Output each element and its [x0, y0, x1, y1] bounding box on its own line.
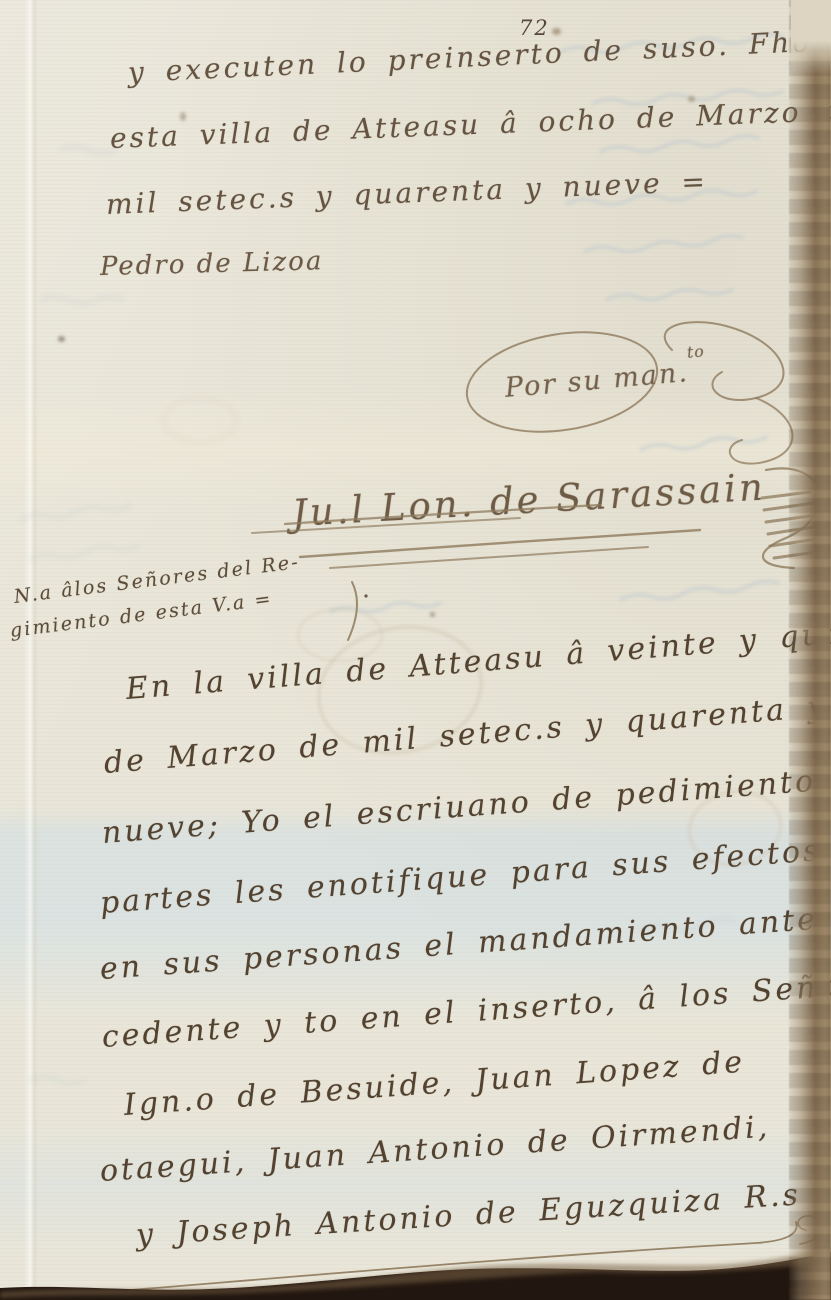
diligence-line: Ign.o de Besuide, Juan Lopez de — [123, 1045, 746, 1123]
signature-underline — [300, 530, 700, 557]
diligence-line: y Joseph Antonio de Eguzquiza R.s — [135, 1177, 802, 1253]
signature-rubric-hatch — [762, 492, 824, 558]
closing-line: y executen lo preinserto de suso. Fho en — [127, 22, 831, 89]
diligence-line: de Marzo de mil setec.s y quarenta y — [103, 689, 829, 781]
left-crease — [24, 0, 38, 1300]
margin-note-bracket — [348, 582, 357, 640]
diligence-line: nueve; Yo el escriuano de pedimiento de — [101, 759, 831, 851]
scribe-signature: Pedro de Lizoa — [100, 246, 324, 282]
diligence-line: en sus personas el mandamiento ante- — [99, 901, 831, 987]
margin-note-dot — [364, 594, 367, 597]
signature-underline — [330, 547, 648, 568]
closing-line: mil setec.s y quarenta y nueve = — [105, 165, 708, 221]
attestation-body: Por su man. — [504, 357, 690, 404]
diligence-line: partes les enotifique para sus efectos — [99, 833, 823, 921]
attestation-superscript: to — [686, 341, 705, 361]
diligence-line: otaegui, Juan Antonio de Oirmendi, — [99, 1110, 771, 1189]
foxing-spot — [430, 612, 435, 617]
foxing-spot — [552, 28, 561, 35]
secretary-signature: Ju.l Lon. de Sarassain — [291, 466, 767, 535]
diligence-line: En la villa de Atteasu â veinte y quatro — [125, 611, 831, 707]
closing-line: esta villa de Atteasu â ocho de Marzo de — [109, 93, 831, 155]
final-underline-curl — [798, 1216, 823, 1244]
bottom-edge-fringe — [0, 1247, 831, 1298]
signature-rubric-swirl — [763, 468, 820, 568]
foxing-spot — [58, 336, 65, 342]
manuscript-page: 72 y executen lo preinserto de suso. Fho… — [0, 0, 831, 1300]
bottom-edge-dark — [0, 1252, 831, 1300]
attestation-text: Por su man.to — [504, 354, 708, 403]
